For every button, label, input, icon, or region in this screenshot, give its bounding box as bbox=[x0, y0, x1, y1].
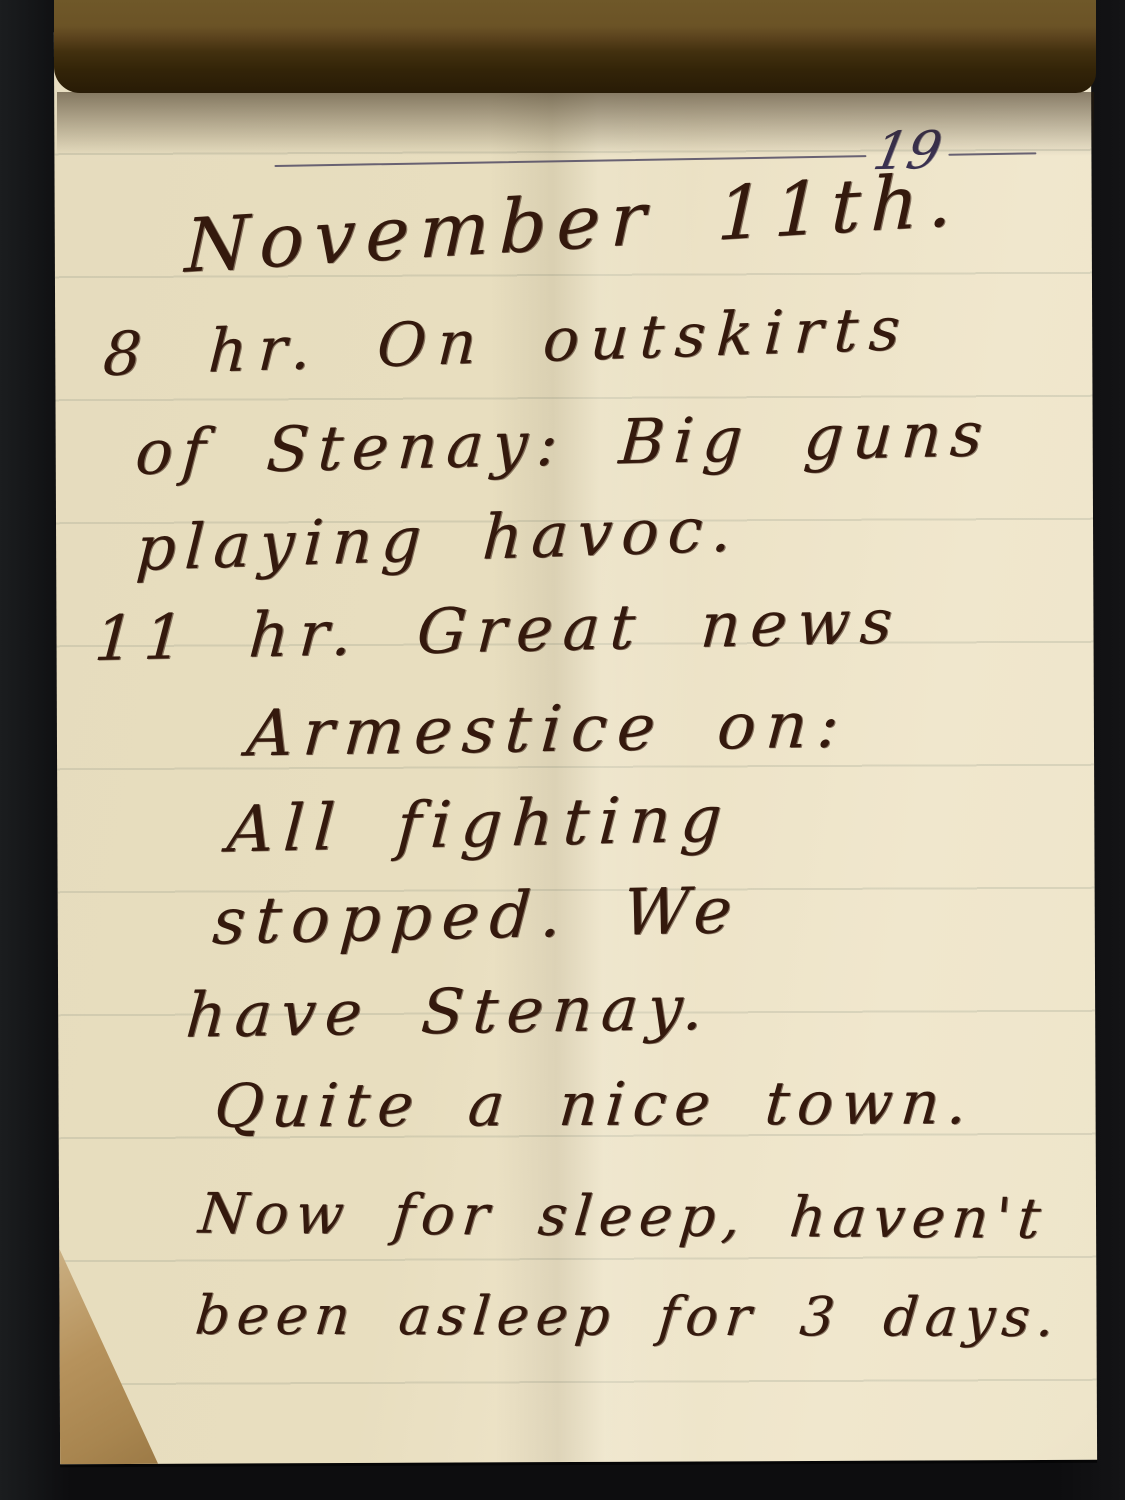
page-number-rule-left bbox=[274, 155, 866, 167]
handwritten-line-1: 8 hr. On outskirts bbox=[101, 294, 912, 390]
notebook-binding bbox=[54, 0, 1096, 93]
handwritten-line-6: All fighting bbox=[225, 782, 734, 867]
diary-photo-background: 19 November 11th. 8 hr. On outskirts of … bbox=[0, 0, 1125, 1500]
page-number-rule-right bbox=[949, 152, 1037, 155]
handwritten-line-5: Armestice on: bbox=[244, 688, 851, 771]
handwritten-line-3: playing havoc. bbox=[134, 492, 742, 585]
handwritten-line-10: Now for sleep, haven't bbox=[196, 1182, 1050, 1252]
handwritten-line-8: have Stenay. bbox=[184, 971, 715, 1052]
handwritten-line-4: 11 hr. Great news bbox=[92, 584, 904, 675]
handwritten-line-7: stopped. We bbox=[210, 874, 744, 960]
handwritten-line-2: of Stenay: Big guns bbox=[133, 397, 993, 489]
handwritten-line-11: been asleep for 3 days. bbox=[193, 1284, 1064, 1349]
handwritten-line-9: Quite a nice town. bbox=[212, 1068, 978, 1141]
diary-page: 19 November 11th. 8 hr. On outskirts of … bbox=[54, 28, 1097, 1465]
torn-corner-cardboard bbox=[59, 1246, 158, 1464]
